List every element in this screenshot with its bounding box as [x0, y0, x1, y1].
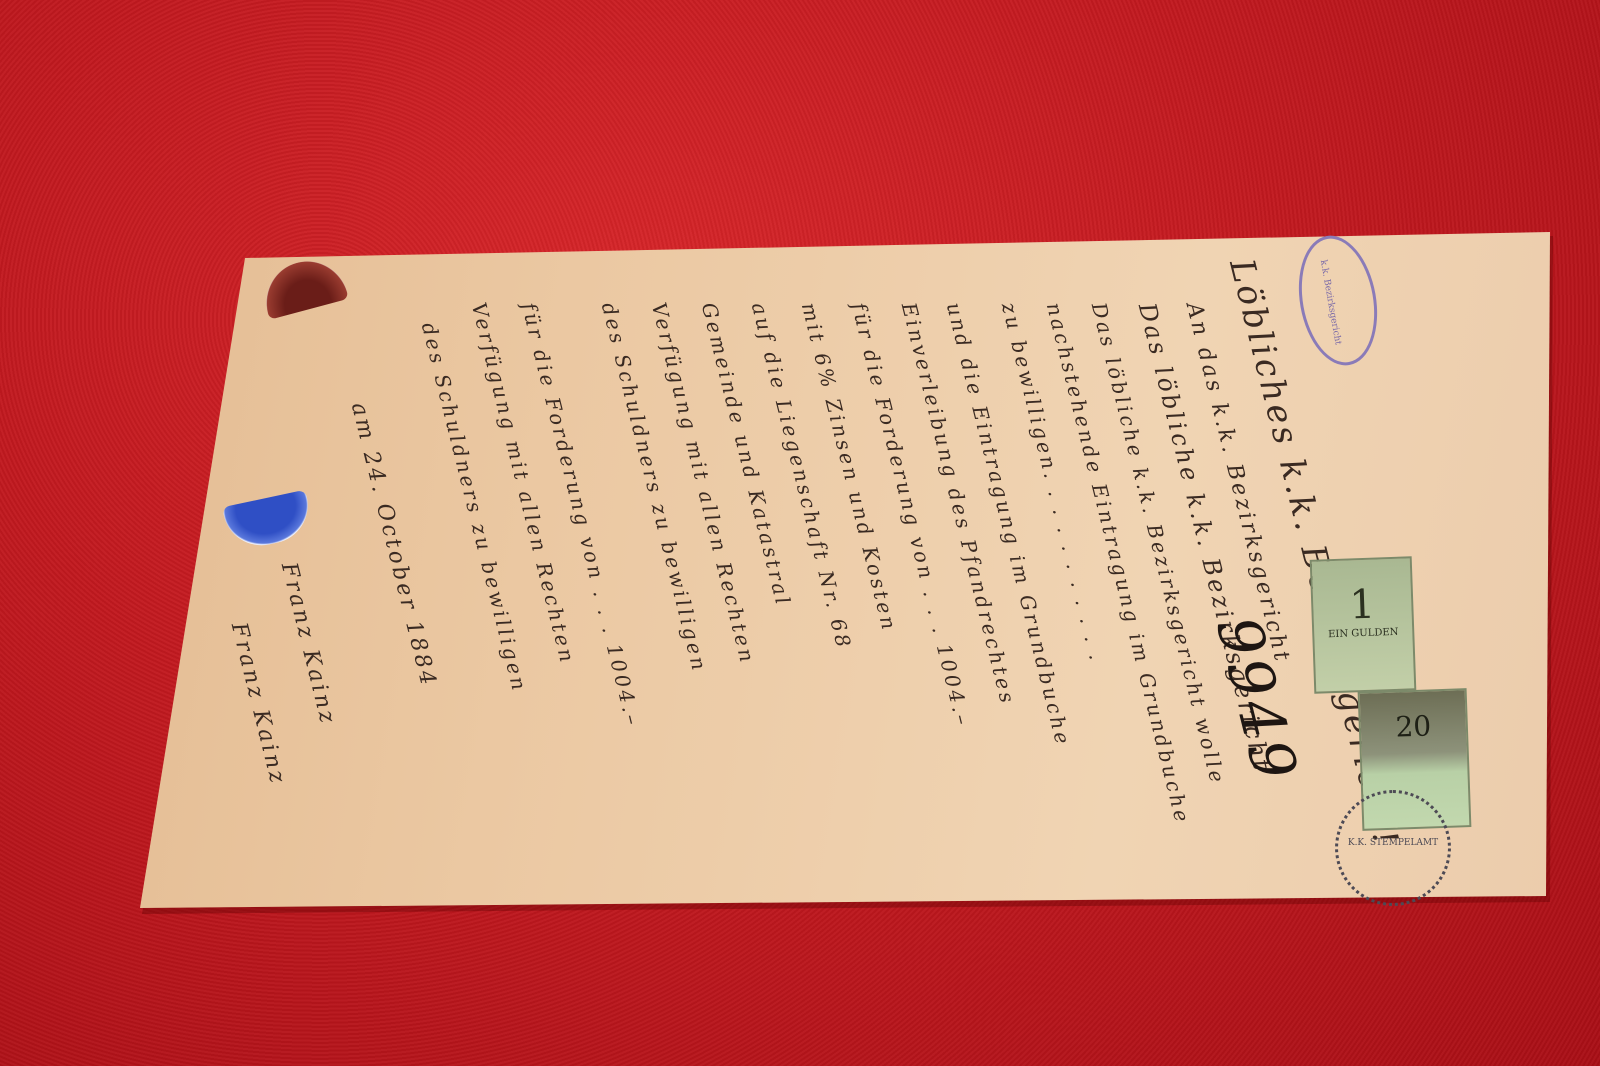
document-line: des Schuldners zu bewilligen: [417, 320, 532, 695]
round-cancellation-stamp: K.K. STEMPELAMT: [1335, 790, 1451, 906]
signature-2: Franz Kainz: [226, 620, 291, 788]
date-line: am 24. October 1884: [346, 400, 441, 690]
signature: Franz Kainz: [276, 560, 341, 728]
revenue-stamp-1-gulden: 1 EIN GULDEN: [1310, 556, 1417, 693]
